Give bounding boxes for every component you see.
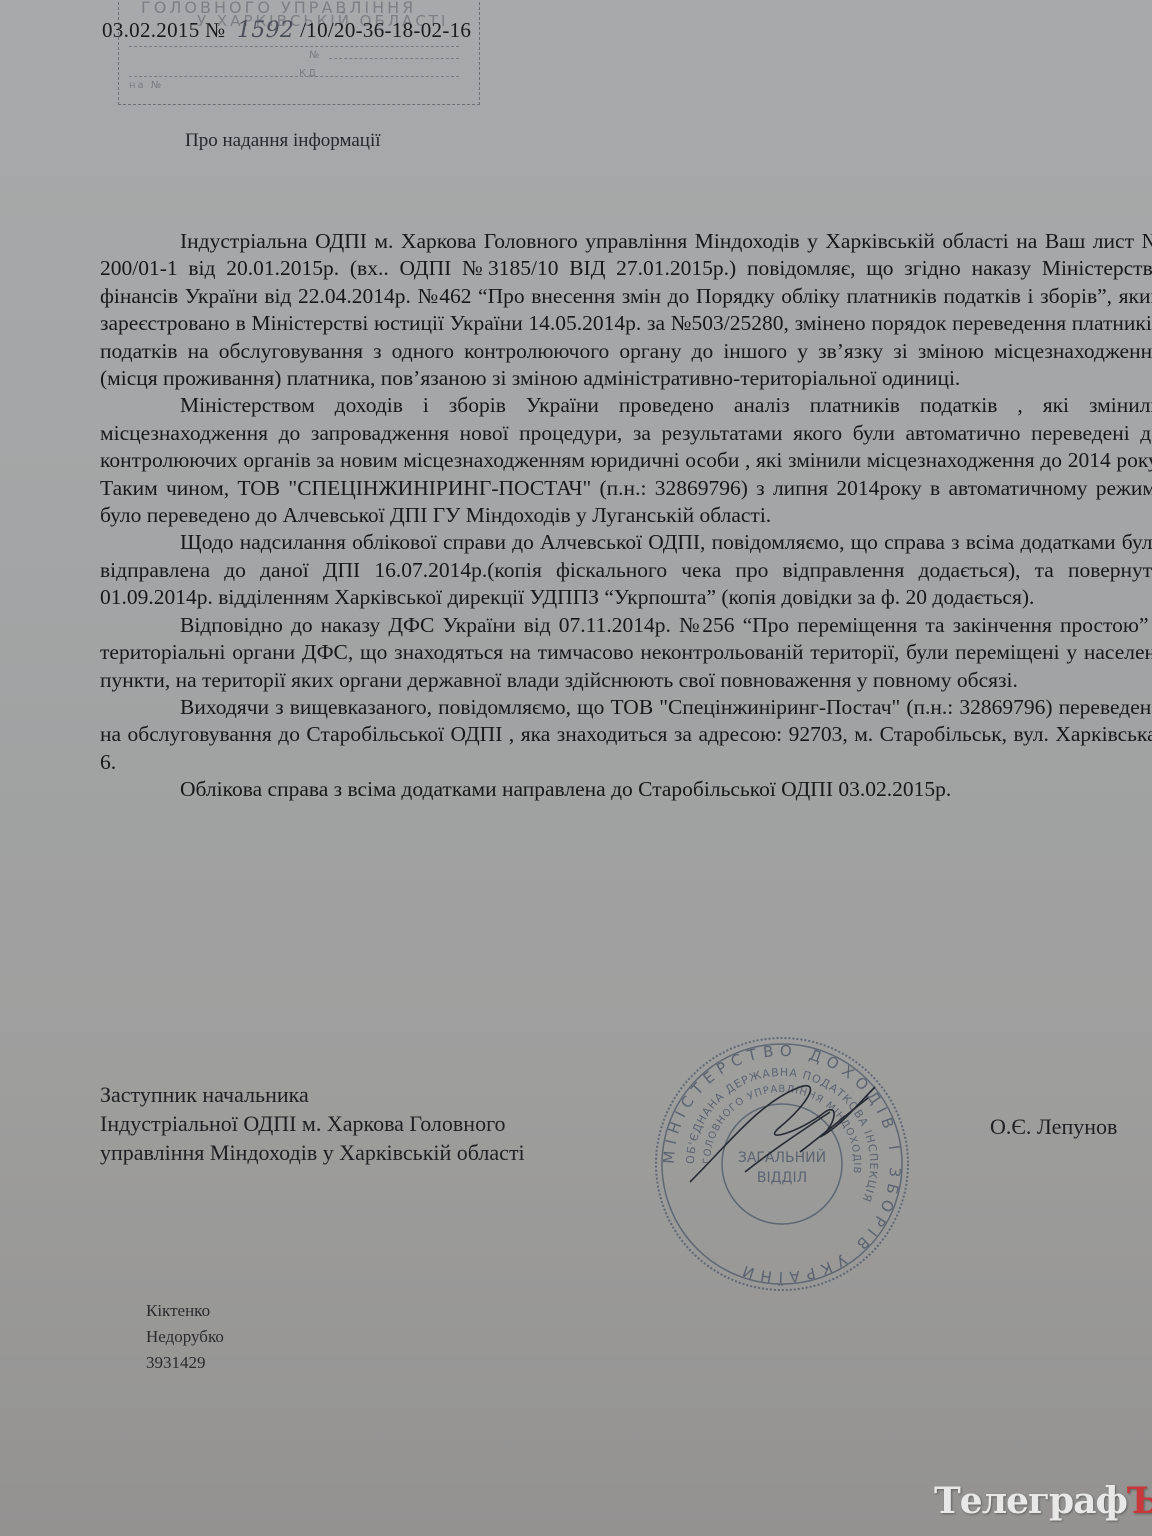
watermark-text: Телеграф (934, 1480, 1127, 1522)
paragraph: Щодо надсилання облікової справи до Алче… (100, 529, 1152, 611)
stamp-divider (129, 46, 459, 47)
executor-name: Кіктенко (146, 1298, 224, 1324)
position-line: управління Міндоходів у Харківській обла… (100, 1138, 525, 1167)
official-seal: МІНІСТЕРСТВО ДОХОДІВ І ЗБОРІВ УКРАЇНИ ОБ… (650, 1032, 914, 1296)
executor-phone: 3931429 (146, 1350, 224, 1376)
letter-body: Індустріальна ОДПІ м. Харкова Головного … (100, 228, 1152, 804)
stamp-divider (329, 58, 459, 59)
registration-stamp: ГОЛОВНОГО УПРАВЛІННЯ У ХАРКІВСЬКІЙ ОБЛАС… (118, 0, 480, 105)
position-line: Індустріальної ОДПІ м. Харкова Головного (100, 1109, 525, 1138)
executor-name: Недорубко (146, 1324, 224, 1350)
paragraph: Міністерством доходів і зборів України п… (100, 392, 1152, 529)
outgoing-index: /10/20-36-18-02-16 (300, 18, 471, 42)
paragraph: Виходячи з вищевказаного, повідомляємо, … (100, 694, 1152, 776)
telegraf-watermark: ТелеграфЪ (934, 1480, 1152, 1522)
seal-icon: МІНІСТЕРСТВО ДОХОДІВ І ЗБОРІВ УКРАЇНИ ОБ… (650, 1032, 914, 1296)
watermark-accent: Ъ (1127, 1480, 1152, 1522)
handwritten-number: 1592 (237, 18, 294, 43)
stamp-field-na-no: на № (129, 80, 163, 91)
signer-name: О.Є. Лепунов (990, 1114, 1117, 1140)
position-line: Заступник начальника (100, 1080, 525, 1109)
seal-center-line-1: ЗАГАЛЬНИЙ (738, 1148, 826, 1166)
paragraph: Відповідно до наказу ДФС України від 07.… (100, 612, 1152, 694)
stamp-field-kd: КД (299, 68, 318, 79)
outgoing-date: 03.02.2015 (102, 18, 200, 42)
executors-block: Кіктенко Недорубко 3931429 (146, 1298, 224, 1376)
letter-subject: Про надання інформації (185, 130, 381, 152)
seal-center-line-2: ВІДДІЛ (757, 1170, 807, 1186)
paragraph: Індустріальна ОДПІ м. Харкова Головного … (100, 228, 1152, 392)
document-photo: ГОЛОВНОГО УПРАВЛІННЯ У ХАРКІВСЬКІЙ ОБЛАС… (0, 0, 1152, 1536)
stamp-field-no: № (309, 50, 321, 61)
stamp-divider (129, 76, 459, 77)
signature-position: Заступник начальника Індустріальної ОДПІ… (100, 1080, 525, 1167)
outgoing-no-label: № (205, 18, 225, 42)
outgoing-number: 03.02.2015 № 1592/10/20-36-18-02-16 (102, 18, 471, 43)
paragraph: Облікова справа з всіма додатками направ… (100, 776, 1152, 803)
